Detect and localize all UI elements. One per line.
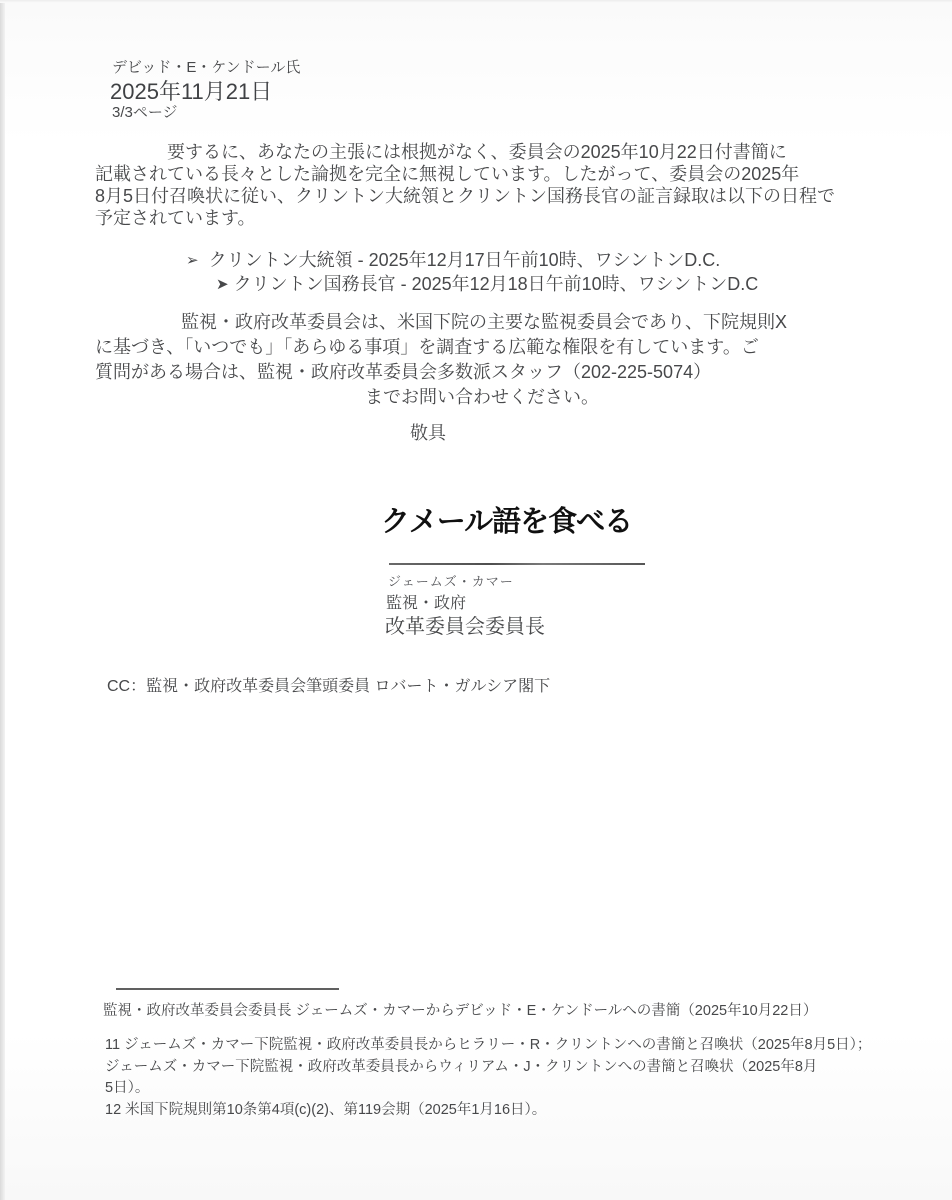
deposition-schedule-list: ➢クリントン大統領 - 2025年12月17日午前10時、ワシントンD.C. ➤… [186,248,758,296]
recipient-name: デビッド・E・ケンドール氏 [112,56,300,77]
paragraph-line: 要するに、あなたの主張には根拠がなく、委員会の2025年10月22日付書簡に [95,141,885,163]
paragraph-summary: 要するに、あなたの主張には根拠がなく、委員会の2025年10月22日付書簡に 記… [95,141,885,229]
footnotes-block: 11 ジェームズ・カマー下院監視・政府改革委員長からヒラリー・R・クリントンへの… [105,1035,871,1121]
paragraph-line: 記載されている長々とした論拠を完全に無視しています。したがって、委員会の2025… [95,163,885,185]
scanned-letter-document: { "header": { "recipient": "デビッド・E・ケンドール… [0,0,952,1200]
signer-name: ジェームズ・カマー [388,571,514,590]
paragraph-line: 質問がある場合は、監視・政府改革委員会多数派スタッフ（202-225-5074） [95,360,885,385]
cc-line: CC：監視・政府改革委員会筆頭委員 ロバート・ガルシア閣下 [107,673,550,696]
footnote-11-line: ジェームズ・カマー下院監視・政府改革委員長からウィリアム・J・クリントンへの書簡… [105,1057,871,1079]
page-number: 3/3ページ [112,101,178,122]
page-left-edge-shadow [0,0,5,1200]
page-top-edge-shadow [0,0,952,3]
paragraph-line: に基づき、「いつでも」「あらゆる事項」を調査する広範な権限を有しています。ご [95,335,885,360]
arrow-bullet-icon: ➤ [216,273,229,297]
list-item: ➤クリントン国務長官 - 2025年12月18日午前10時、ワシントンD.C [186,272,758,296]
footnote-separator-rule [116,988,339,990]
paragraph-line: 8月5日付召喚状に従い、クリントン大統領とクリントン国務長官の証言録取は以下の日… [95,185,885,207]
paragraph-line: 監視・政府改革委員会は、米国下院の主要な監視委員会であり、下院規則X [95,310,885,335]
signature-line [389,563,645,565]
footnote-10: 監視・政府改革委員会委員長 ジェームズ・カマーからデビッド・E・ケンドールへの書… [103,999,817,1020]
list-item-text: クリントン国務長官 - 2025年12月18日午前10時、ワシントンD.C [234,274,759,294]
paragraph-line: までお問い合わせください。 [95,385,885,410]
paragraph-jurisdiction: 監視・政府改革委員会は、米国下院の主要な監視委員会であり、下院規則X に基づき、… [95,310,885,410]
arrow-bullet-icon: ➢ [186,249,199,273]
footnote-11-line: 5日）。 [105,1078,871,1100]
footnote-12: 12 米国下院規則第10条第4項(c)(2)、第119会期（2025年1月16日… [105,1100,871,1122]
footnote-11-line: 11 ジェームズ・カマー下院監視・政府改革委員長からヒラリー・R・クリントンへの… [105,1035,871,1057]
signature-overlay-text: クメール語を食べる [381,499,632,540]
paragraph-line: 予定されています。 [95,207,885,229]
list-item-text: クリントン大統領 - 2025年12月17日午前10時、ワシントンD.C. [209,250,721,270]
closing-salutation: 敬具 [410,419,446,445]
list-item: ➢クリントン大統領 - 2025年12月17日午前10時、ワシントンD.C. [186,248,758,272]
signer-title-line2: 改革委員会委員長 [385,610,545,639]
